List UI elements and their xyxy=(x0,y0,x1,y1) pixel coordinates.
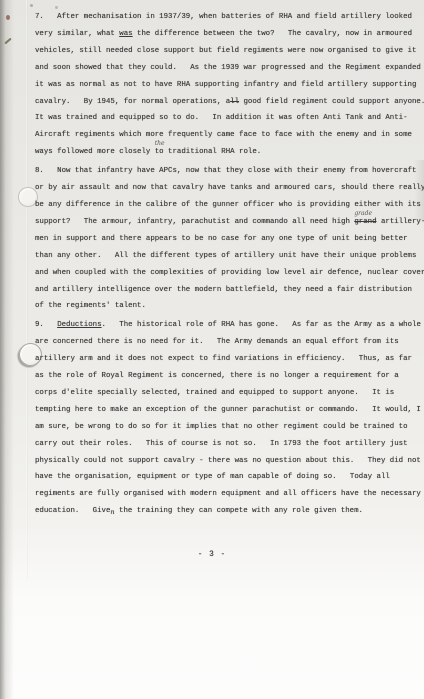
text-segment: education. Give xyxy=(35,507,110,515)
text-segment: and when coupled with the complexities o… xyxy=(35,269,424,277)
text-segment: and artillery intelligence over the mode… xyxy=(35,286,412,294)
paragraph: 8. Now that infantry have APCs, now that… xyxy=(35,163,422,315)
document-page: 7. After mechanisation in 1937/39, when … xyxy=(0,0,424,699)
text-segment: the difference between the two? The cava… xyxy=(133,30,412,38)
text-segment: Deductions xyxy=(57,321,101,329)
text-segment: carry out their roles. This of course is… xyxy=(35,440,408,448)
text-line: carry out their roles. This of course is… xyxy=(35,436,422,453)
text-line: regiments are fully organised with moder… xyxy=(35,486,422,503)
paragraph: 9. Deductions. The historical role of RH… xyxy=(35,317,422,521)
text-segment: artillery- xyxy=(377,218,424,226)
text-segment: regiments are fully organised with moder… xyxy=(35,490,421,498)
text-segment: and soon showed that they could. As the … xyxy=(35,64,421,72)
text-line: support? The armour, infantry, parachuti… xyxy=(35,214,422,231)
text-line: very similar, what was the difference be… xyxy=(35,26,422,43)
text-segment: ll xyxy=(230,98,239,106)
text-segment: vehicles, still needed close support but… xyxy=(35,47,416,55)
text-segment: ways followed more closely xyxy=(35,148,155,156)
text-line: have the organisation, equipment or type… xyxy=(35,469,422,486)
text-segment: the training they can compete with any r… xyxy=(115,507,363,515)
text-segment: am sure, be wrong to do so for it implie… xyxy=(35,423,408,431)
text-line: artillery arm and it does not expect to … xyxy=(35,351,422,368)
paper-speck xyxy=(30,4,33,7)
text-line: ways followed more closely tothe traditi… xyxy=(35,144,422,161)
handwritten-correction: grade xyxy=(354,211,372,217)
text-line: and artillery intelligence over the mode… xyxy=(35,282,422,299)
text-segment: 9. xyxy=(35,321,57,329)
text-line: 8. Now that infantry have APCs, now that… xyxy=(35,163,422,180)
text-segment: cavalry. By 1945, for normal operations,… xyxy=(35,98,230,106)
text-segment: tempting here to make an exception of th… xyxy=(35,406,421,414)
text-line: men in support and there appears to be n… xyxy=(35,231,422,248)
text-segment: very similar, what xyxy=(35,30,119,38)
text-segment: physically could not support cavalry - t… xyxy=(35,457,421,465)
text-segment: corps d'elite specially selected, traine… xyxy=(35,389,394,397)
text-line: 9. Deductions. The historical role of RH… xyxy=(35,317,422,334)
text-line: 7. After mechanisation in 1937/39, when … xyxy=(35,9,422,26)
page-number: - 3 - xyxy=(0,551,424,559)
text-segment: or by air assault and now that cavalry h… xyxy=(35,184,424,192)
text-segment: are concerned there is no need for it. T… xyxy=(35,338,399,346)
text-segment: was xyxy=(119,30,132,38)
text-line: am sure, be wrong to do so for it implie… xyxy=(35,419,422,436)
text-line: vehicles, still needed close support but… xyxy=(35,43,422,60)
text-line: It was trained and equipped so to do. In… xyxy=(35,110,422,127)
text-segment: 8. Now that infantry have APCs, now that… xyxy=(35,167,416,175)
text-segment: traditional RHA role. xyxy=(164,148,262,156)
text-line: physically could not support cavalry - t… xyxy=(35,453,422,470)
text-line: as the role of Royal Regiment is concern… xyxy=(35,368,422,385)
text-segment: . The historical role of RHA has gone. A… xyxy=(102,321,421,329)
text-line: education. Given the training they can c… xyxy=(35,503,422,521)
paragraph: 7. After mechanisation in 1937/39, when … xyxy=(35,9,422,161)
text-segment: have the organisation, equipment or type… xyxy=(35,473,390,481)
text-segment: of the regiments' talent. xyxy=(35,302,146,310)
text-line: and soon showed that they could. As the … xyxy=(35,60,422,77)
text-segment: men in support and there appears to be n… xyxy=(35,235,408,243)
text-segment: grandgrade xyxy=(354,218,376,226)
text-segment: good field regiment could support anyone… xyxy=(239,98,424,106)
text-line: of the regiments' talent. xyxy=(35,298,422,315)
text-segment: as the role of Royal Regiment is concern… xyxy=(35,372,399,380)
text-line: or by air assault and now that cavalry h… xyxy=(35,180,422,197)
text-line: tempting here to make an exception of th… xyxy=(35,402,422,419)
text-segment: Aircraft regiments which more frequently… xyxy=(35,131,412,139)
text-segment: tothe xyxy=(155,148,164,156)
text-segment: 7. After mechanisation in 1937/39, when … xyxy=(35,13,412,21)
text-line: and when coupled with the complexities o… xyxy=(35,265,422,282)
text-line: it was as normal as not to have RHA supp… xyxy=(35,77,422,94)
text-line: corps d'elite specially selected, traine… xyxy=(35,385,422,402)
text-segment: than any other. All the different types … xyxy=(35,252,416,260)
text-line: are concerned there is no need for it. T… xyxy=(35,334,422,351)
text-segment: it was as normal as not to have RHA supp… xyxy=(35,81,416,89)
handwritten-correction: the xyxy=(155,141,165,147)
text-line: Aircraft regiments which more frequently… xyxy=(35,127,422,144)
text-segment: It was trained and equipped so to do. In… xyxy=(35,114,408,122)
text-segment: be any difference in the calibre of the … xyxy=(35,201,421,209)
text-segment: support? The armour, infantry, parachuti… xyxy=(35,218,354,226)
document-body: 7. After mechanisation in 1937/39, when … xyxy=(0,9,424,521)
text-line: than any other. All the different types … xyxy=(35,248,422,265)
text-segment: artillery arm and it does not expect to … xyxy=(35,355,412,363)
text-line: cavalry. By 1945, for normal operations,… xyxy=(35,94,422,111)
